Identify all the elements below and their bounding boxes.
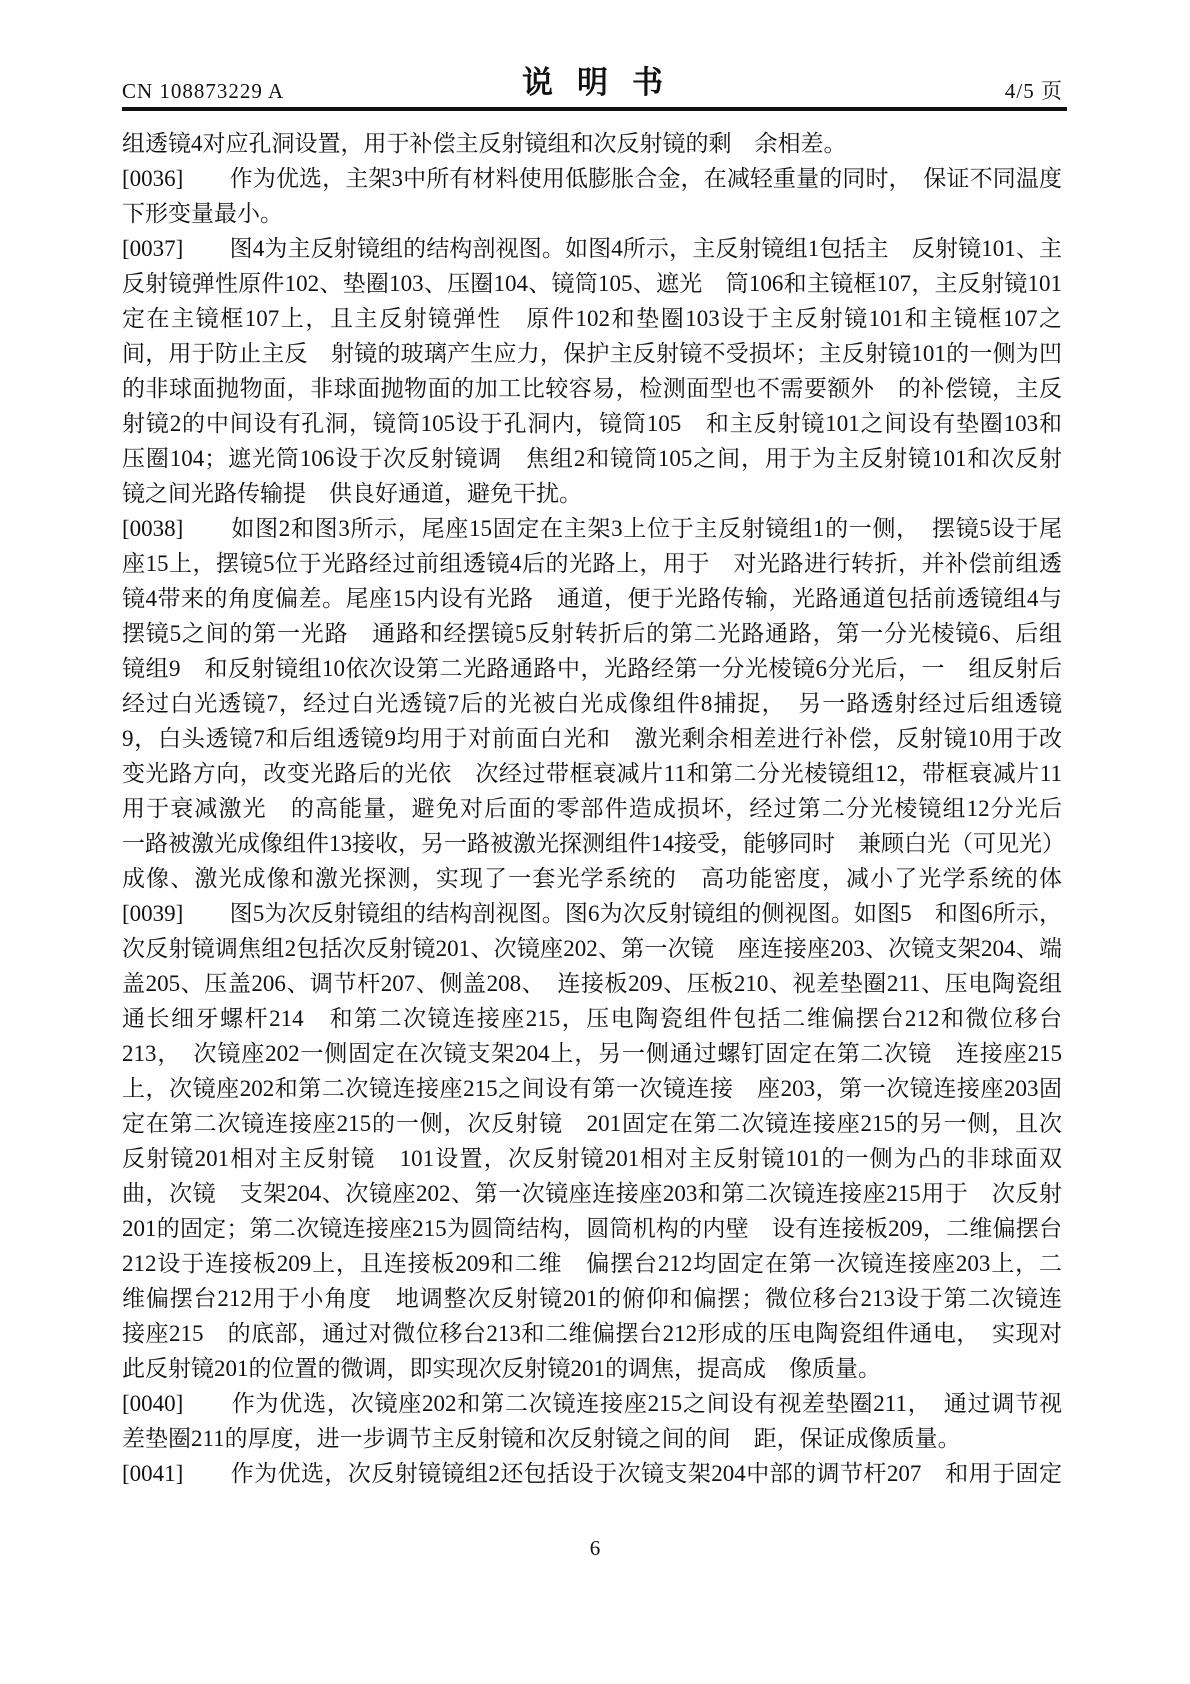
page-number: 6	[590, 1536, 601, 1560]
text-line: 上，次镜座202和第二次镜连接座215之间设有第一次镜连接 座203，第一次镜连…	[122, 1071, 1062, 1106]
text-line: 维偏摆台212用于小角度 地调整次反射镜201的俯仰和偏摆；微位移台213设于第…	[122, 1281, 1062, 1316]
text-line: 201的固定；第二次镜连接座215为圆筒结构，圆筒机构的内壁 设有连接板209，…	[122, 1211, 1062, 1246]
text-line: 反射镜弹性原件102、垫圈103、压圈104、镜筒105、遮光 筒106和主镜框…	[122, 266, 1062, 301]
patent-page: CN 108873229 A 说明书 4/5 页 组透镜4对应孔洞设置，用于补偿…	[0, 0, 1190, 1684]
text-line: 经过白光透镜7，经过白光透镜7后的光被白光成像组件8捕捉， 另一路透射经过后组透…	[122, 686, 1062, 721]
text-line: 镜4带来的角度偏差。尾座15内设有光路 通道，便于光路传输，光路通道包括前透镜组…	[122, 581, 1062, 616]
page-footer: 6	[0, 1536, 1190, 1561]
text-line: 定在第二次镜连接座215的一侧，次反射镜 201固定在第二次镜连接座215的另一…	[122, 1106, 1062, 1141]
text-line: 镜组9 和反射镜组10依次设第二光路通路中，光路经第一分光棱镜6分光后，一 组反…	[122, 651, 1062, 686]
document-title: 说明书	[122, 57, 1063, 102]
text-line: [0041] 作为优选，次反射镜镜组2还包括设于次镜支架204中部的调节杆207…	[122, 1456, 1062, 1491]
text-line: 座15上，摆镜5位于光路经过前组透镜4后的光路上，用于 对光路进行转折，并补偿前…	[122, 546, 1062, 581]
text-line: [0038] 如图2和图3所示，尾座15固定在主架3上位于主反射镜组1的一侧， …	[122, 511, 1062, 546]
text-line: 压圈104；遮光筒106设于次反射镜调 焦组2和镜筒105之间，用于为主反射镜1…	[122, 441, 1062, 476]
text-line: 通长细牙螺杆214 和第二次镜连接座215，压电陶瓷组件包括二维偏摆台212和微…	[122, 1001, 1062, 1036]
page-header: CN 108873229 A 说明书 4/5 页	[122, 70, 1063, 104]
text-line: 此反射镜201的位置的微调，即实现次反射镜201的调焦，提高成 像质量。	[122, 1351, 1062, 1386]
text-line: 间，用于防止主反 射镜的玻璃产生应力，保护主反射镜不受损坏；主反射镜101的一侧…	[122, 336, 1062, 371]
text-line: [0036] 作为优选，主架3中所有材料使用低膨胀合金，在减轻重量的同时， 保证…	[122, 161, 1062, 196]
text-line: 成像、激光成像和激光探测，实现了一套光学系统的 高功能密度，减小了光学系统的体积…	[122, 861, 1062, 896]
text-line: 盖205、压盖206、调节杆207、侧盖208、 连接板209、压板210、视差…	[122, 966, 1062, 1001]
text-line: [0040] 作为优选，次镜座202和第二次镜连接座215之间设有视差垫圈211…	[122, 1386, 1062, 1421]
text-line: 反射镜201相对主反射镜 101设置，次反射镜201相对主反射镜101的一侧为凸…	[122, 1141, 1062, 1176]
text-line: 的非球面抛物面，非球面抛物面的加工比较容易，检测面型也不需要额外 的补偿镜，主反	[122, 371, 1062, 406]
text-line: 一路被激光成像组件13接收，另一路被激光探测组件14接受，能够同时 兼顾白光（可…	[122, 826, 1062, 861]
text-line: 次反射镜调焦组2包括次反射镜201、次镜座202、第一次镜 座连接座203、次镜…	[122, 931, 1062, 966]
text-line: 212设于连接板209上，且连接板209和二维 偏摆台212均固定在第一次镜连接…	[122, 1246, 1062, 1281]
text-line: 接座215 的底部，通过对微位移台213和二维偏摆台212形成的压电陶瓷组件通电…	[122, 1316, 1062, 1351]
text-line: 差垫圈211的厚度，进一步调节主反射镜和次反射镜之间的间 距，保证成像质量。	[122, 1421, 1062, 1456]
text-line: 曲，次镜 支架204、次镜座202、第一次镜座连接座203和第二次镜连接座215…	[122, 1176, 1062, 1211]
text-line: 213， 次镜座202一侧固定在次镜支架204上，另一侧通过螺钉固定在第二次镜 …	[122, 1036, 1062, 1071]
text-line: [0039] 图5为次反射镜组的结构剖视图。图6为次反射镜组的侧视图。如图5 和…	[122, 896, 1062, 931]
text-line: 镜之间光路传输提 供良好通道，避免干扰。	[122, 476, 1062, 511]
text-line: 摆镜5之间的第一光路 通路和经摆镜5反射转折后的第二光路通路，第一分光棱镜6、后…	[122, 616, 1062, 651]
text-line: 9，白头透镜7和后组透镜9均用于对前面白光和 激光剩余相差进行补偿，反射镜10用…	[122, 721, 1062, 756]
text-line: 变光路方向，改变光路后的光依 次经过带框衰减片11和第二分光棱镜组12，带框衰减…	[122, 756, 1062, 791]
text-line: 用于衰减激光 的高能量，避免对后面的零部件造成损坏，经过第二分光棱镜组12分光后	[122, 791, 1062, 826]
body-text: 组透镜4对应孔洞设置，用于补偿主反射镜组和次反射镜的剩 余相差。[0036] 作…	[122, 126, 1062, 1491]
text-line: 射镜2的中间设有孔洞，镜筒105设于孔洞内，镜筒105 和主反射镜101之间设有…	[122, 406, 1062, 441]
text-line: [0037] 图4为主反射镜组的结构剖视图。如图4所示，主反射镜组1包括主 反射…	[122, 231, 1062, 266]
text-line: 组透镜4对应孔洞设置，用于补偿主反射镜组和次反射镜的剩 余相差。	[122, 126, 1062, 161]
text-line: 定在主镜框107上，且主反射镜弹性 原件102和垫圈103设于主反射镜101和主…	[122, 301, 1062, 336]
header-divider	[122, 107, 1067, 111]
text-line: 下形变量最小。	[122, 196, 1062, 231]
